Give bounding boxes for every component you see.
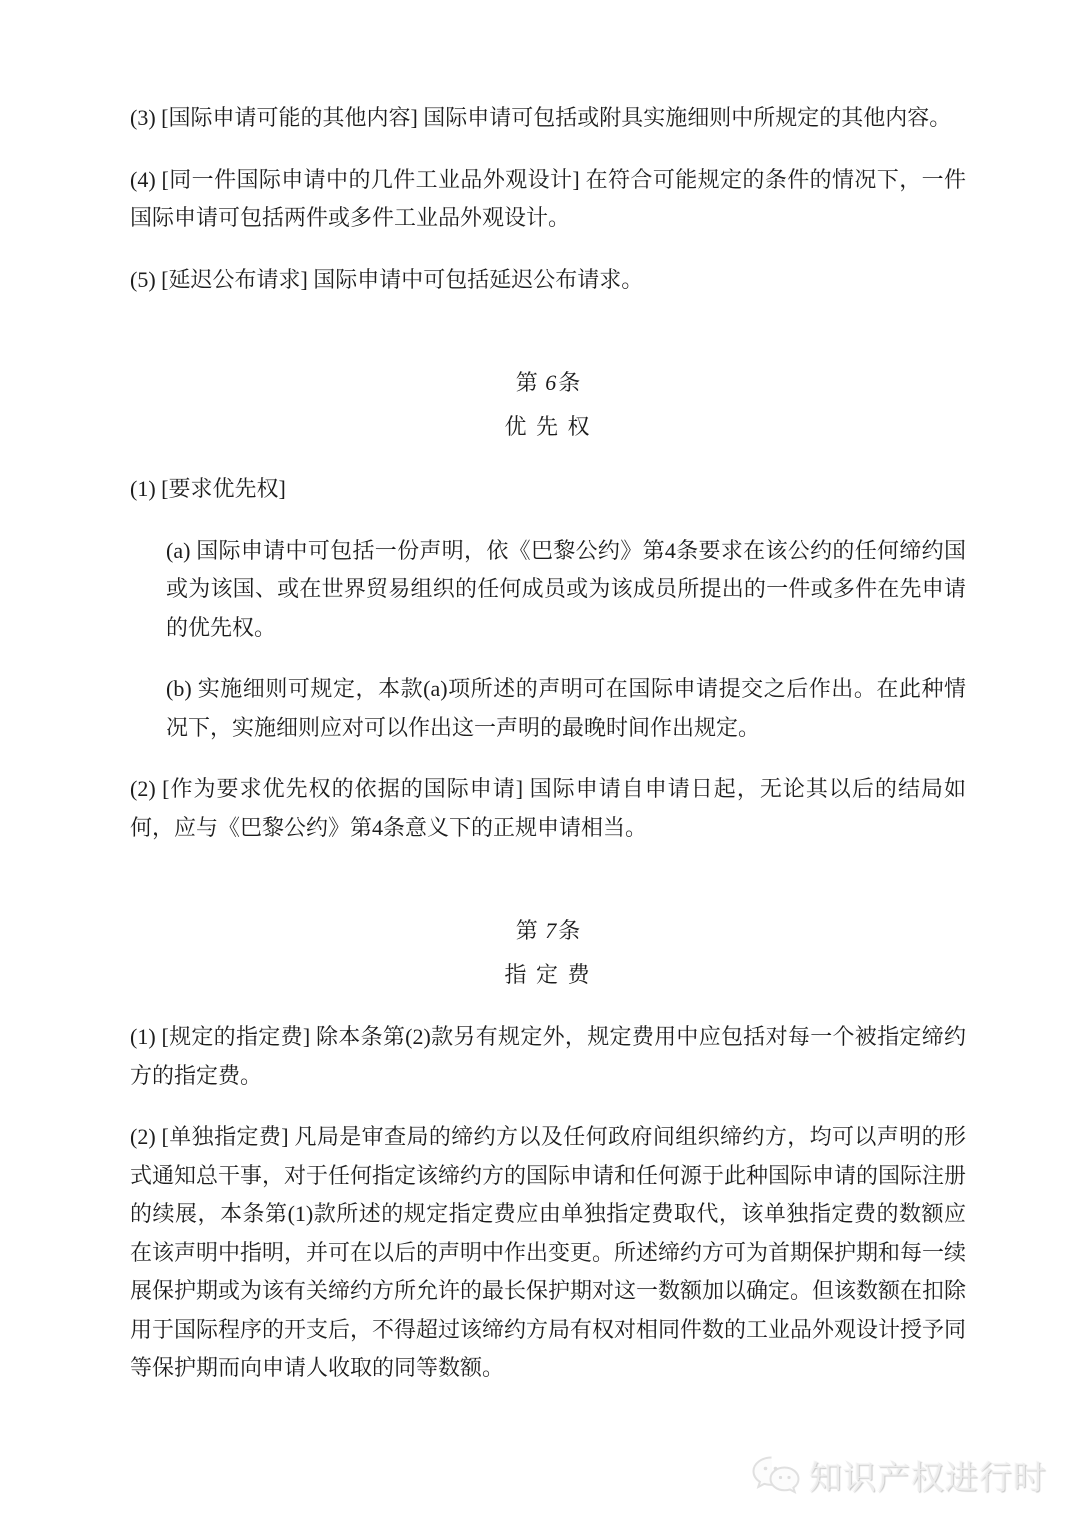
article-7-number: 第 7条 [130, 909, 966, 953]
article-7-number-digit: 7 [543, 918, 558, 943]
paragraph-5: (5) [延迟公布请求] 国际申请中可包括延迟公布请求。 [130, 261, 966, 300]
article-6-paragraph-1b: (b) 实施细则可规定，本款(a)项所述的声明可在国际申请提交之后作出。在此种情… [166, 670, 966, 747]
wechat-icon [751, 1455, 801, 1497]
article-7-number-suffix: 条 [558, 918, 580, 943]
article-6-paragraph-1a: (a) 国际申请中可包括一份声明，依《巴黎公约》第4条要求在该公约的任何缔约国或… [166, 532, 966, 648]
paragraph-3: (3) [国际申请可能的其他内容] 国际申请可包括或附具实施细则中所规定的其他内… [130, 99, 966, 138]
paragraph-4: (4) [同一件国际申请中的几件工业品外观设计] 在符合可能规定的条件的情况下，… [130, 161, 966, 238]
article-6-paragraph-1: (1) [要求优先权] [130, 470, 966, 509]
article-6-paragraph-2: (2) [作为要求优先权的依据的国际申请] 国际申请自申请日起，无论其以后的结局… [130, 770, 966, 847]
article-6-number: 第 6条 [130, 361, 966, 405]
article-6-number-digit: 6 [543, 370, 558, 395]
document-page: (3) [国际申请可能的其他内容] 国际申请可包括或附具实施细则中所规定的其他内… [0, 0, 1080, 1527]
article-7-number-prefix: 第 [516, 918, 544, 943]
article-6-number-prefix: 第 [516, 370, 544, 395]
article-7-title: 指 定 费 [130, 953, 966, 997]
article-6-number-suffix: 条 [558, 370, 580, 395]
article-6-title: 优 先 权 [130, 405, 966, 449]
watermark: 知识产权进行时 [751, 1452, 1047, 1499]
treaty-text-body: (3) [国际申请可能的其他内容] 国际申请可包括或附具实施细则中所规定的其他内… [130, 99, 966, 1411]
watermark-text: 知识产权进行时 [809, 1452, 1047, 1499]
article-7-paragraph-1: (1) [规定的指定费] 除本条第(2)款另有规定外，规定费用中应包括对每一个被… [130, 1018, 966, 1095]
article-7-paragraph-2: (2) [单独指定费] 凡局是审查局的缔约方以及任何政府间组织缔约方，均可以声明… [130, 1118, 966, 1388]
